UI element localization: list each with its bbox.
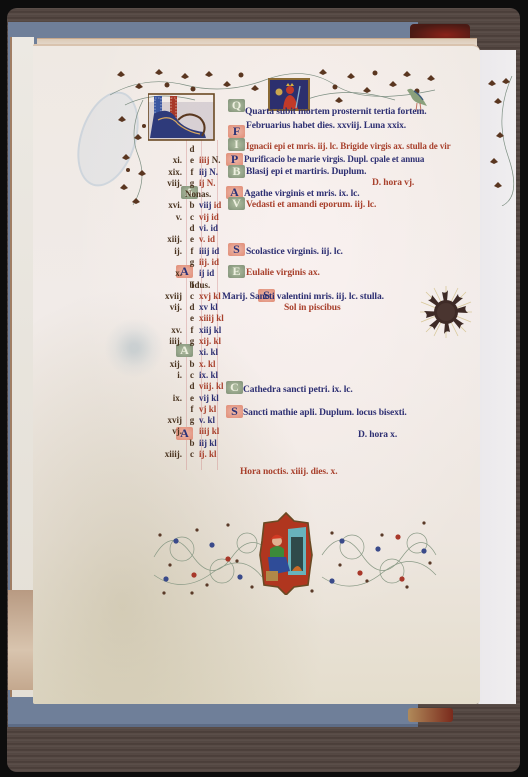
roman-day: vj (199, 404, 207, 414)
initial-s-mathie: S (226, 405, 243, 418)
golden-number: xv. (160, 325, 182, 336)
golden-number (160, 381, 182, 392)
dominical-letter: e (186, 234, 198, 245)
february-labour-miniature (258, 511, 314, 595)
day-suffix: kl (216, 381, 224, 391)
hour-annotation-bottom: D. hora x. (358, 430, 397, 440)
feast-line: Hora noctis. xiiij. dies. x. (240, 467, 337, 477)
initial-s-scolastice: S (228, 243, 245, 256)
golden-number: ij. (160, 246, 182, 257)
feast-line: Vedasti et amandi eporum. iij. lc. (246, 200, 376, 210)
day-suffix: kl (214, 336, 222, 346)
golden-number: xviij (160, 291, 182, 302)
vine-border-facing (484, 76, 516, 206)
day-suffix: kl (209, 449, 217, 459)
feast-line: Quarta subit mortem prosternit tertia fo… (245, 107, 427, 117)
golden-number: x. (160, 268, 182, 279)
feast-line: Cathedra sancti petri. ix. lc. (243, 385, 353, 395)
golden-number: xi. (160, 155, 182, 166)
golden-number: xiiij. (160, 449, 182, 460)
roman-day: vi. (199, 223, 208, 233)
dominical-letter: g (186, 415, 198, 426)
dominical-letter: d (186, 381, 198, 392)
roman-day: iiij (199, 246, 210, 256)
roman-day: v. (199, 415, 205, 425)
idus-label: Idus. (191, 280, 224, 291)
roman-day: iij. (199, 257, 209, 267)
initial-v: V (228, 197, 245, 210)
golden-number (160, 189, 182, 200)
dominical-letter: d (186, 223, 198, 234)
roman-day: iij (199, 167, 207, 177)
roman-day: iiij (199, 426, 210, 436)
dominical-letter: b (186, 438, 198, 449)
day-suffix: kl (216, 313, 224, 323)
day-suffix: kl (211, 347, 219, 357)
golden-number (160, 257, 182, 268)
golden-number: iiij. (160, 336, 182, 347)
dominical-letter: f (186, 404, 198, 415)
roman-day: ij (199, 178, 205, 188)
day-suffix: id (212, 257, 220, 267)
feast-line: Marij. Sancti valentini mris. iij. lc. s… (222, 292, 384, 302)
golden-number (160, 404, 182, 415)
leaf-stain (8, 590, 34, 690)
golden-number: vj. (160, 426, 182, 437)
day-suffix: N. (212, 155, 221, 165)
golden-number (160, 144, 182, 155)
day-suffix: N. (209, 167, 218, 177)
sun-show-through (104, 318, 164, 378)
roman-day: vij (199, 212, 209, 222)
initial-e: E (228, 265, 245, 278)
golden-number: vij. (160, 302, 182, 313)
day-suffix: id (208, 234, 216, 244)
hour-annotation-top: D. hora vj. (372, 178, 414, 188)
dominical-letter: g (186, 178, 198, 189)
golden-number: xvi. (160, 200, 182, 211)
sun-icon (418, 286, 474, 342)
roman-day: x. (199, 359, 206, 369)
day-suffix: kl (214, 325, 222, 335)
golden-number: xvij (160, 415, 182, 426)
day-suffix: kl (210, 302, 218, 312)
day-suffix: kl (212, 426, 220, 436)
roman-day: vij (199, 393, 209, 403)
nonas-label: Nonas. (185, 189, 224, 200)
day-suffix: kl (209, 404, 217, 414)
roman-day: iiij (199, 155, 210, 165)
dominical-letter: c (186, 370, 198, 381)
golden-number (160, 438, 182, 449)
day-suffix: kl (209, 438, 217, 448)
day-suffix: N. (207, 178, 216, 188)
day-suffix: id (212, 246, 220, 256)
feast-line: Agathe virginis et mris. ix. lc. (244, 189, 360, 199)
golden-number: ix. (160, 393, 182, 404)
initial-q: Q (228, 99, 245, 112)
day-suffix: kl (208, 415, 216, 425)
dominical-letter: c (186, 212, 198, 223)
dominical-letter: f (186, 325, 198, 336)
feast-line: Februarius habet dies. xxviij. Luna xxix… (246, 121, 406, 131)
golden-number: v. (160, 212, 182, 223)
day-suffix: kl (211, 393, 219, 403)
dominical-letter: f (186, 167, 198, 178)
roman-day: xiij (199, 325, 212, 335)
binding-fragment-bottom (408, 708, 453, 722)
day-suffix: id (211, 223, 219, 233)
feast-line: Purificacio be marie virgis. Dupl. cpale… (244, 154, 424, 164)
roman-day: ij. (199, 449, 207, 459)
roman-day: xvj (199, 291, 211, 301)
roman-day: viij (199, 200, 212, 210)
dominical-letter: g (186, 257, 198, 268)
dominical-letter: d (186, 302, 198, 313)
dominical-letter: e (186, 313, 198, 324)
golden-number (160, 223, 182, 234)
dominical-letter: e (186, 393, 198, 404)
kl-initial (148, 92, 216, 142)
dominical-letter: e (186, 155, 198, 166)
golden-number-column: xi. xix. viij. xvi. v. xiij. ij. x. xvii… (160, 144, 182, 460)
roman-day: ij (199, 268, 205, 278)
day-suffix: kl (213, 291, 221, 301)
roman-day: v. (199, 234, 205, 244)
feast-line: Scolastice virginis. iij. lc. (246, 247, 343, 257)
dominical-letter: g (186, 336, 198, 347)
dominical-letter: b (186, 200, 198, 211)
day-suffix: id (214, 200, 222, 210)
initial-i: I (228, 138, 245, 151)
day-suffix: id (211, 212, 219, 222)
golden-number (160, 280, 182, 291)
dominical-letter: d (186, 144, 198, 155)
roman-day: viij. (199, 381, 214, 391)
feast-line: Sol in piscibus (284, 303, 341, 313)
feast-line: Ignacii epi et mris. iij. lc. Brigide vi… (246, 141, 451, 151)
roman-day: xv (199, 302, 208, 312)
golden-number: xiij. (160, 234, 182, 245)
golden-number (160, 347, 182, 358)
golden-number: i. (160, 370, 182, 381)
dominical-letter: c (186, 291, 198, 302)
roman-day: xiiij (199, 313, 214, 323)
initial-b: B (228, 165, 245, 178)
feast-line: Blasij epi et martiris. Duplum. (246, 167, 366, 177)
roman-day: xij. (199, 336, 211, 346)
feast-line: Eulalie virginis ax. (246, 268, 320, 278)
aquarius-figure-icon (270, 80, 308, 110)
initial-c: C (226, 381, 243, 394)
day-suffix: kl (211, 370, 219, 380)
golden-number: viij. (160, 178, 182, 189)
dominical-letter: c (186, 449, 198, 460)
dominical-letter: b (186, 359, 198, 370)
roman-day-column: iiij N. iij N. ij N. Nonas. viij id vij … (199, 144, 224, 460)
golden-number: xij. (160, 359, 182, 370)
golden-number: xix. (160, 167, 182, 178)
roman-day (199, 144, 224, 155)
roman-day: xi. (199, 347, 208, 357)
roman-day: ix. (199, 370, 208, 380)
day-suffix: id (207, 268, 215, 278)
roman-day: iij (199, 438, 207, 448)
feast-line: Sancti mathie apli. Duplum. locus bisext… (243, 408, 407, 418)
golden-number (160, 313, 182, 324)
dominical-letter: f (186, 246, 198, 257)
day-suffix: kl (208, 359, 216, 369)
